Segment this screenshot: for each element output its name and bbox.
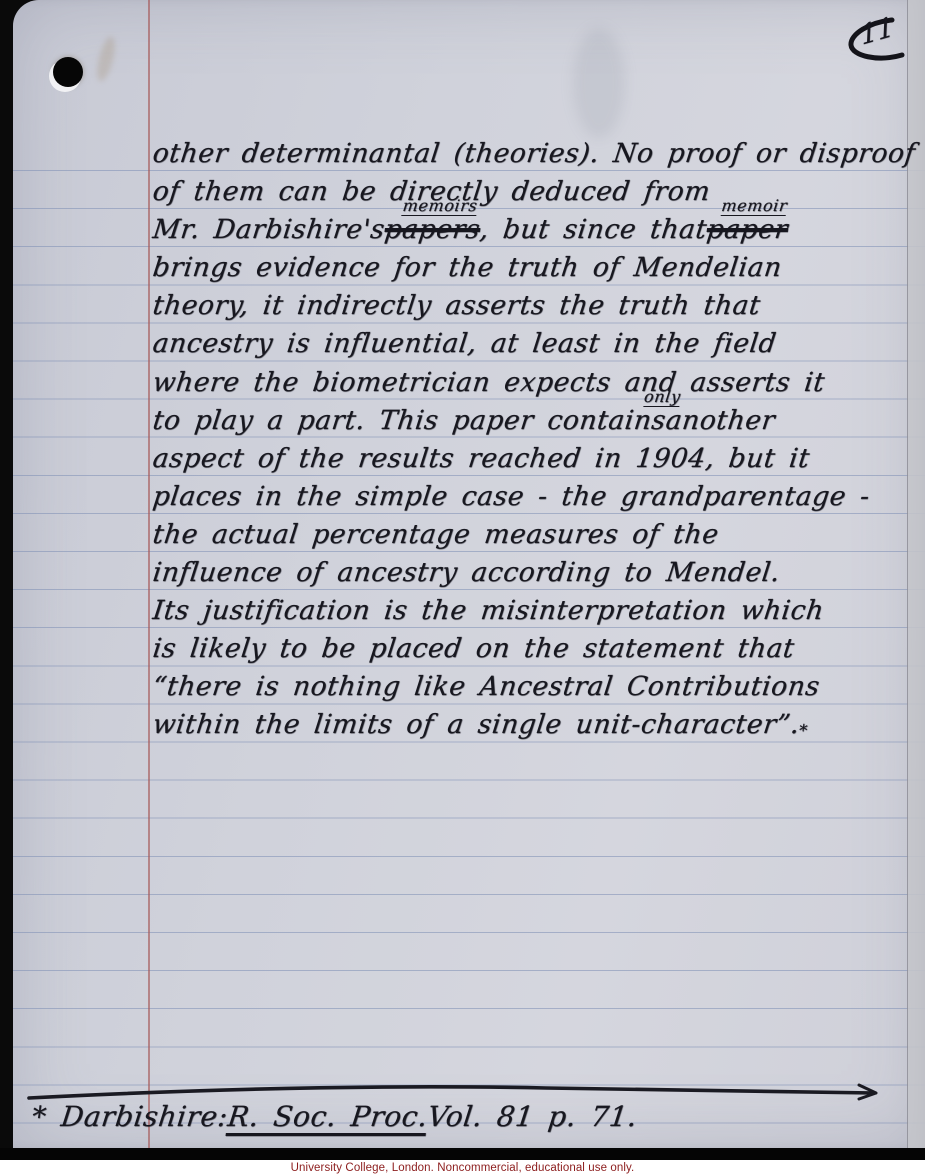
manuscript-line: brings evidence for the truth of Mendeli… [151,245,912,283]
manuscript-segment: places in the simple case - the grandpar… [151,481,872,512]
inserted-word: memoir [720,198,788,216]
manuscript-segment: * [798,722,809,741]
manuscript-text: other determinantal (theories). No proof… [151,131,907,741]
manuscript-segment: Its justification is the misinterpretati… [151,595,826,626]
manuscript-line: to play a part. This paper containsonly … [151,398,912,436]
inserted-word: only [643,389,682,407]
footnote-text: * Darbishire: R. Soc. Proc. Vol. 81 p. 7… [30,1100,894,1133]
manuscript-line: theory, it indirectly asserts the truth … [151,283,912,321]
manuscript-scan: 11 other determinantal (theories). No pr… [0,0,925,1176]
manuscript-segment: R. Soc. Proc. [226,1100,430,1133]
manuscript-line: influence of ancestry according to Mende… [151,550,912,588]
manuscript-line: ancestry is influential, at least in the… [151,321,912,359]
manuscript-line: places in the simple case - the grandpar… [151,474,912,512]
manuscript-segment: ancestry is influential, at least in the… [151,329,778,360]
manuscript-segment: “there is nothing like Ancestral Contrib… [151,671,822,702]
manuscript-segment: another [664,405,777,436]
paper-smudge [573,28,625,138]
page-number-mark: 11 [828,14,914,70]
manuscript-segment: Mr. Darbishire's [151,214,387,245]
hole-punch [53,57,83,87]
manuscript-segment: to play a part. This paper contain [151,405,654,436]
manuscript-line: the actual percentage measures of the [151,512,912,550]
manuscript-line: Mr. Darbishire's papersmemoirs, but sinc… [151,207,912,245]
manuscript-line: of them can be directly deduced from [151,169,912,207]
manuscript-line: other determinantal (theories). No proof… [151,131,912,169]
manuscript-line: aspect of the results reached in 1904, b… [151,436,912,474]
paper-stain [94,35,119,83]
footer-caption: University College, London. Noncommercia… [291,1162,635,1174]
manuscript-segment: , but since that [478,214,709,245]
inserted-word: memoirs [402,198,479,216]
manuscript-segment: Vol. 81 p. 71. [426,1100,640,1133]
manuscript-segment: influence of ancestry according to Mende… [151,557,782,588]
manuscript-line: where the biometrician expects and asser… [151,360,912,398]
manuscript-segment: aspect of the results reached in 1904, b… [151,443,812,474]
manuscript-line: within the limits of a single unit-chara… [151,702,912,740]
manuscript-line: “there is nothing like Ancestral Contrib… [151,664,912,702]
manuscript-segment: papermemoir [705,214,790,245]
manuscript-segment: * Darbishire: [30,1100,230,1133]
footer-band: University College, London. Noncommercia… [0,1160,925,1176]
manuscript-segment: the actual percentage measures of the [151,519,721,550]
manuscript-segment: brings evidence for the truth of Mendeli… [151,252,784,283]
manuscript-segment: where the biometrician expects and asser… [151,367,827,398]
red-margin-line [148,0,150,1148]
manuscript-segment: within the limits of a single unit-chara… [151,710,802,741]
manuscript-line: Its justification is the misinterpretati… [151,588,912,626]
scan-bottom-edge [0,1148,925,1160]
manuscript-segment: papersmemoirs [383,214,482,245]
manuscript-segment: theory, it indirectly asserts the truth … [151,290,762,321]
manuscript-segment: other determinantal (theories). No proof… [151,138,917,169]
manuscript-segment: is likely to be placed on the statement … [151,633,796,664]
manuscript-line: is likely to be placed on the statement … [151,626,912,664]
